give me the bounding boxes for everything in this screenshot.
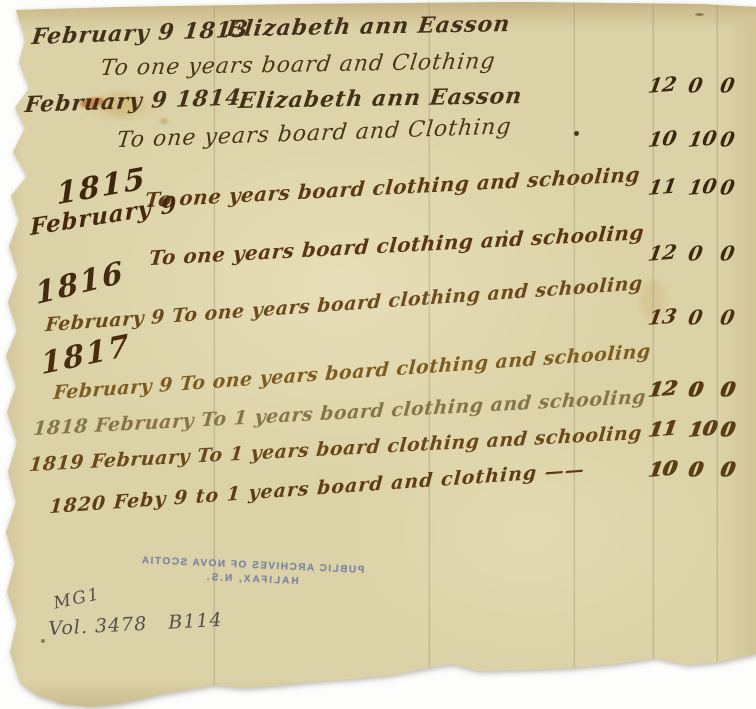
amount-row5-col2: 0 [687,307,704,328]
amount-row7-col2: 10 [687,418,719,440]
amount-row1-col1: 12 [647,74,679,96]
amount-row1-col3: 0 [719,75,736,96]
archive-stamp-mirrored: PUBLIC ARCHIVES OF NOVA SCOTIA HALIFAX, … [118,554,387,591]
amount-row7-col3: 0 [719,419,736,440]
amount-row5-col3: 0 [719,307,736,328]
ink-speck [695,13,704,16]
amount-row4-col1: 12 [647,242,679,264]
ledger-line-11: 1816 [34,258,126,310]
scanned-document: February 9 1813Elizabeth ann EassonTo on… [0,0,756,709]
catalog-notation-volume: Vol. 3478 B114 [48,611,223,639]
fold-crease [716,0,719,709]
paper-shadow: February 9 1813Elizabeth ann EassonTo on… [0,0,756,709]
amount-row3-col3: 0 [719,177,736,198]
ledger-line-13: 1817 [40,331,132,380]
amount-row2-col2: 10 [687,128,719,150]
amount-row7-col1: 11 [647,418,679,440]
amount-row3-col2: 10 [687,176,719,198]
amount-row6-col1: 12 [647,378,679,400]
amount-row2-col3: 0 [719,129,736,150]
document-paper: February 9 1813Elizabeth ann EassonTo on… [0,0,756,709]
amount-row8-col1: 10 [647,458,679,480]
catalog-notation-mg: MG1 [52,586,102,613]
ink-speck [41,639,45,643]
amount-row8-col2: 0 [687,459,704,480]
amount-row6-col3: 0 [719,379,736,400]
ink-speck [574,131,579,136]
ledger-line-8: To one years board clothing and schoolin… [144,164,641,210]
ledger-line-2: Elizabeth ann Easson [225,13,511,40]
ledger-line-4: February 9 1814 [24,86,243,116]
fold-crease [652,0,655,709]
ledger-line-1: February 9 1813 [31,18,250,48]
ledger-line-3: To one years board and Clothing [99,51,496,80]
amount-row4-col3: 0 [719,243,736,264]
amount-row1-col2: 0 [687,75,704,96]
ledger-line-12: February 9 To one years board clothing a… [45,274,644,335]
ledger-line-10: To one years board clothing and schoolin… [148,222,645,268]
amount-row3-col1: 11 [647,176,679,198]
ledger-line-5: Elizabeth ann Easson [237,85,523,112]
ink-speck [160,118,168,124]
amount-row2-col1: 10 [647,128,679,150]
amount-row5-col1: 13 [647,306,679,328]
amount-row6-col2: 0 [687,379,704,400]
ledger-line-6: To one years board and Clothing [116,116,513,152]
amount-row8-col3: 0 [719,459,736,480]
amount-row4-col2: 0 [687,243,704,264]
